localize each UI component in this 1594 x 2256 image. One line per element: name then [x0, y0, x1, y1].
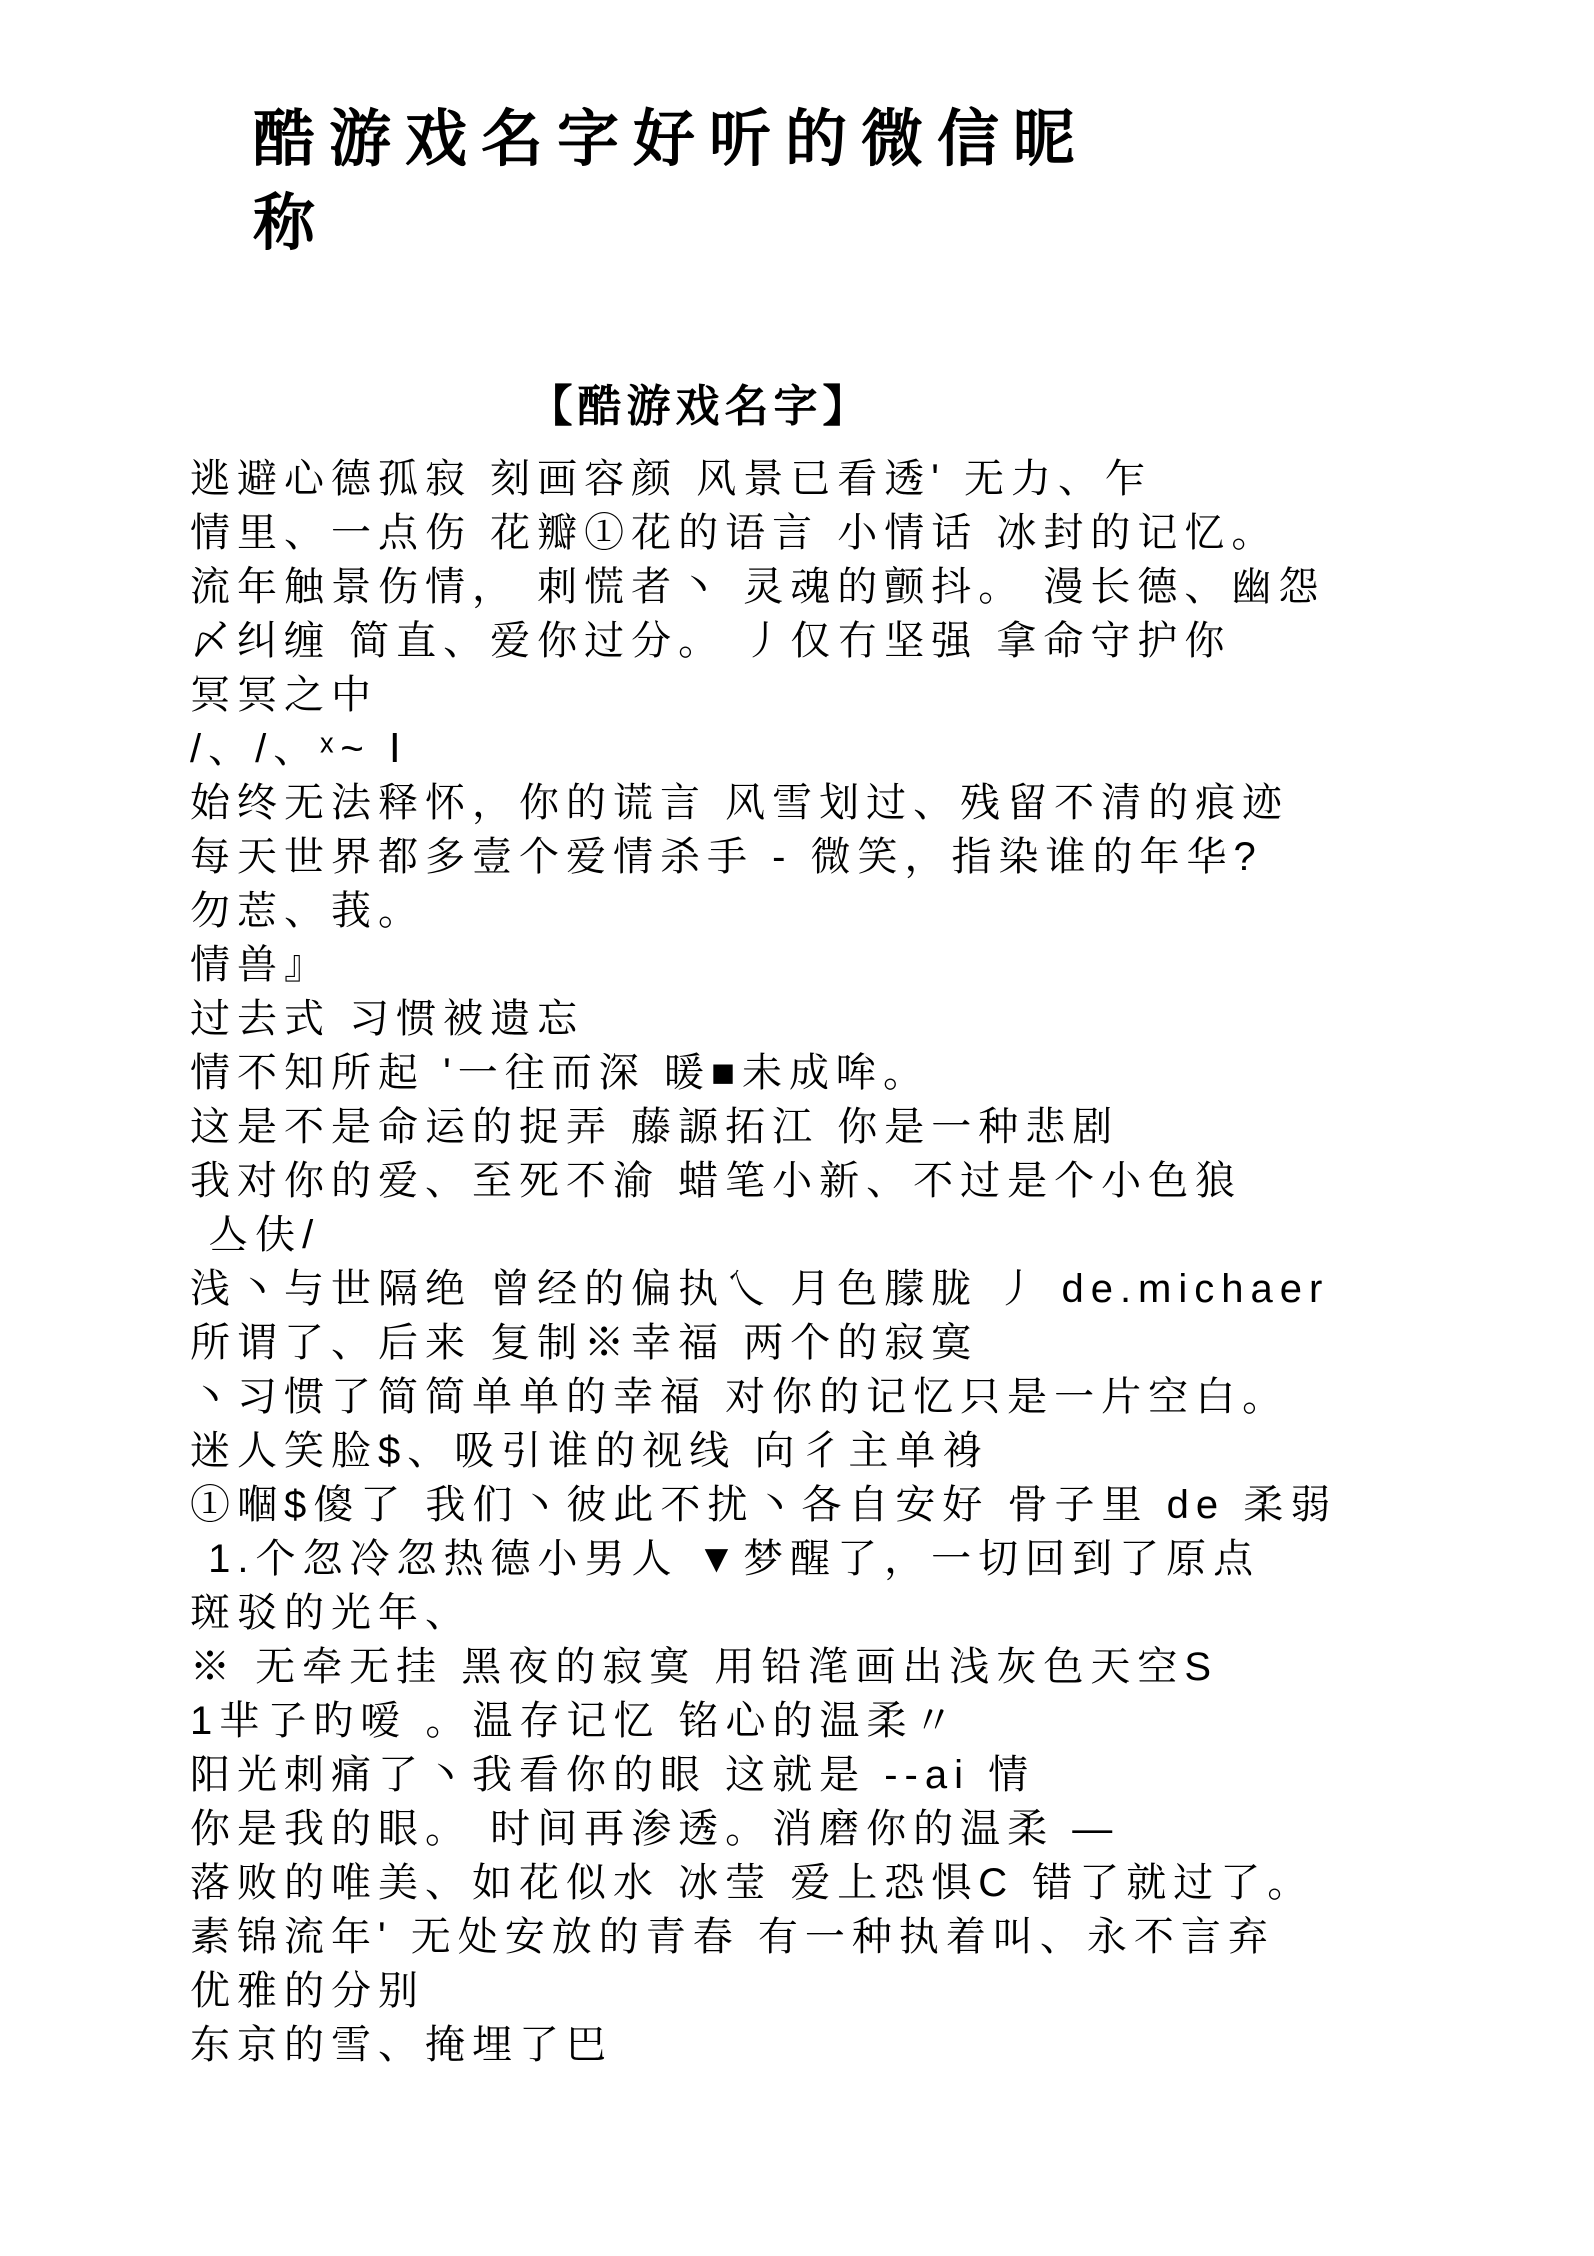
text-line: 斑驳的光年、 [190, 1586, 1520, 1640]
text-line: 情兽』 [190, 938, 1520, 992]
text-line: 每天世界都多壹个爱情杀手 - 微笑，指染谁的年华? [190, 830, 1520, 884]
text-line: 你是我的眼。 时间再渗透。消磨你的温柔 — [190, 1802, 1520, 1856]
text-line: 冥冥之中 [190, 668, 1520, 722]
document-page: 酷游戏名字好听的微信昵称 【酷游戏名字】 逃避心德孤寂 刻画容颜 风景已看透' … [0, 0, 1594, 2256]
text-line: 东京的雪、掩埋了巴 [190, 2018, 1520, 2072]
text-line: 阳光刺痛了丶我看你的眼 这就是 --ai 情 [190, 1748, 1520, 1802]
text-line: 流年触景伤情， 刺慌者丶 灵魂的颤抖。 漫长德、幽怨 [190, 560, 1520, 614]
text-line: /、/、ˣ~ Ⅰ [190, 722, 1520, 776]
text-line: ①嗰$傻了 我们丶彼此不扰丶各自安好 骨子里 de 柔弱 [190, 1478, 1520, 1532]
text-line: 勿莣、莪。 [190, 884, 1520, 938]
text-line: 亼伕/ [190, 1208, 1520, 1262]
text-line: 1.个忽冷忽热德小男人 ▼梦醒了，一切回到了原点 [190, 1532, 1520, 1586]
text-line: 迷人笑脸$、吸引谁的视线 向彳主单裑 [190, 1424, 1520, 1478]
text-line: 这是不是命运的捉弄 藤謜拓江 你是一种悲剧 [190, 1100, 1520, 1154]
nickname-list: 逃避心德孤寂 刻画容颜 风景已看透' 无力、乍情里、一点伤 花瓣①花的语言 小情… [190, 452, 1520, 2072]
text-line: 〆纠缠 简直、爱你过分。 丿仅冇坚强 拿命守护你 [190, 614, 1520, 668]
text-line: ※ 无牵无挂 黑夜的寂寞 用铅滗画出浅灰色天空S [190, 1640, 1520, 1694]
text-line: 始终无法释怀，你的谎言 风雪划过、残留不清的痕迹 [190, 776, 1520, 830]
text-line: 所谓了、后来 复制※幸福 两个的寂寞 [190, 1316, 1520, 1370]
text-line: 素锦流年' 无处安放的青春 有一种执着叫、永不言弃 [190, 1910, 1520, 1964]
section-heading: 【酷游戏名字】 [190, 370, 1210, 434]
text-line: 1芈孒旳嗳 。温存记忆 铭心的温柔〃 [190, 1694, 1520, 1748]
text-line: 丶习惯了简简单单的幸福 对你的记忆只是一片空白。 [190, 1370, 1520, 1424]
text-line: 过去式 习惯被遗忘 [190, 992, 1520, 1046]
text-line: 浅丶与世隔绝 曾经的偏执乀 月色朦胧 丿 de.michaer [190, 1262, 1520, 1316]
text-line: 我对你的爱、至死不渝 蜡笔小新、不过是个小色狼 [190, 1154, 1520, 1208]
text-line: 逃避心德孤寂 刻画容颜 风景已看透' 无力、乍 [190, 452, 1520, 506]
document-title: 酷游戏名字好听的微信昵称 [253, 98, 1138, 266]
text-line: 优雅的分别 [190, 1964, 1520, 2018]
text-line: 情里、一点伤 花瓣①花的语言 小情话 冰封的记忆。 [190, 506, 1520, 560]
text-line: 情不知所起 '一往而深 暖■未成哞。 [190, 1046, 1520, 1100]
text-line: 落败的唯美、如花似水 冰莹 爱上恐惧C 错了就过了。 [190, 1856, 1520, 1910]
